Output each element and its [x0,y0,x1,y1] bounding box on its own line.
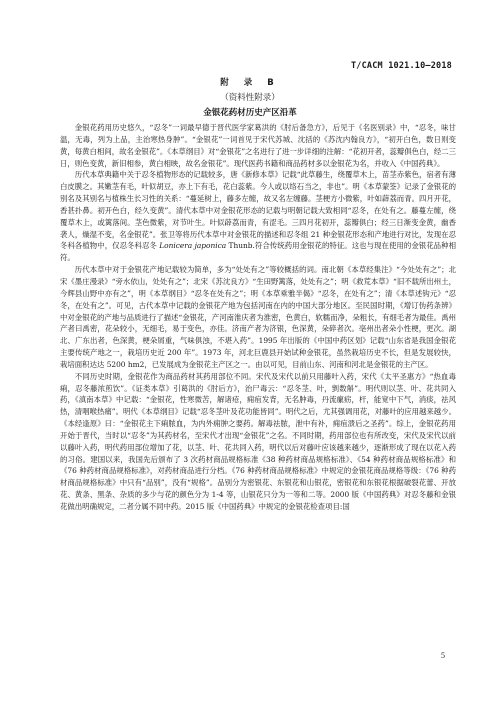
appendix-label: 附 录 B [0,76,500,91]
paragraph-etymology: 金银花药用历史悠久，“忍冬”一词最早德于晋代医学家葛洪的《肘后备急方》，后见于《… [60,122,456,169]
document-body: 金银花药用历史悠久，“忍冬”一词最早德于晋代医学家葛洪的《肘后备急方》，后见于《… [60,122,456,513]
latin-species-name: Lonicera japonica [159,241,226,250]
paragraph-production-area: 历代本草中对于金银花产地记载较为简单，多为“处处有之”等较概括的词。南北朝《本草… [60,264,456,371]
paragraph-morphology: 历代本草典籍中关于忍冬植物形态的记载较多，唐《新修本草》记载“此草藤生，绕覆草木… [60,169,456,264]
page-number: 5 [441,651,445,660]
appendix-type: （资料性附录） [0,91,500,106]
paragraph-medicinal-parts: 不同历史时期，金银花作为商品药材其药用部位不同。宋代及宋代以前只用藤叶入药，宋代… [60,371,456,513]
appendix-heading: 附 录 B （资料性附录） 金银花药材历史产区沿革 [0,76,500,121]
appendix-title: 金银花药材历史产区沿革 [0,106,500,121]
standard-code: T/CACM 1021.10—2018 [351,61,452,71]
paragraph-text: 历代本草典籍中关于忍冬植物形态的记载较多，唐《新修本草》记载“此草藤生，绕覆草木… [60,170,456,250]
